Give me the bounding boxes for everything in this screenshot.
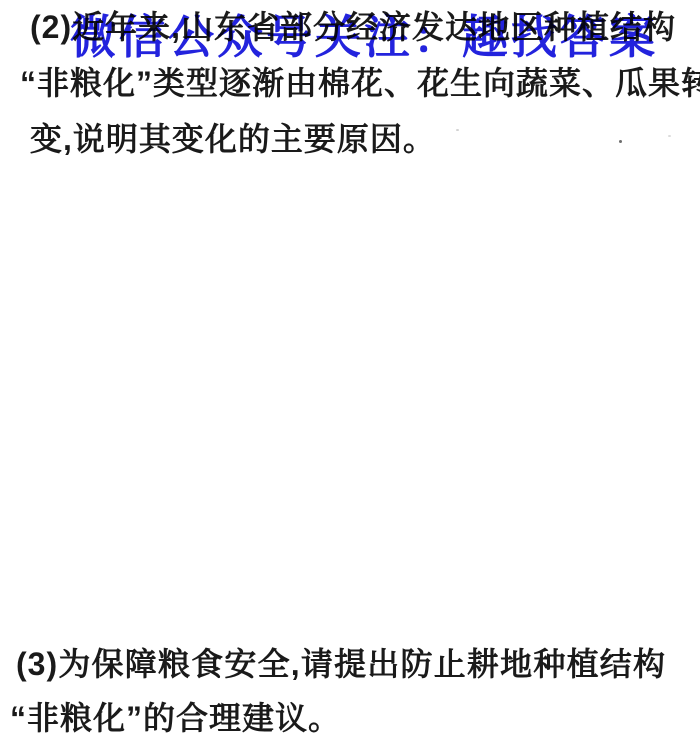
document-page: (2)近年来,山东省部分经济发达地区种植结构 “非粮化”类型逐渐由棉花、花生向蔬… [0, 0, 700, 743]
scan-speck [456, 129, 459, 131]
watermark-text: 微信公众号关注：趣找答案 [70, 13, 658, 61]
scan-speck [668, 135, 671, 137]
question-2-text-line-2: “非粮化”类型逐渐由棉花、花生向蔬菜、瓜果转 [20, 65, 672, 102]
question-3-text-line-2: “非粮化”的合理建议。 [10, 700, 341, 737]
scan-speck [619, 140, 622, 143]
question-2-text-line-3: 变,说明其变化的主要原因。 [30, 121, 436, 158]
question-3-text-line-1: (3)为保障粮食安全,请提出防止耕地种植结构 [16, 646, 666, 683]
